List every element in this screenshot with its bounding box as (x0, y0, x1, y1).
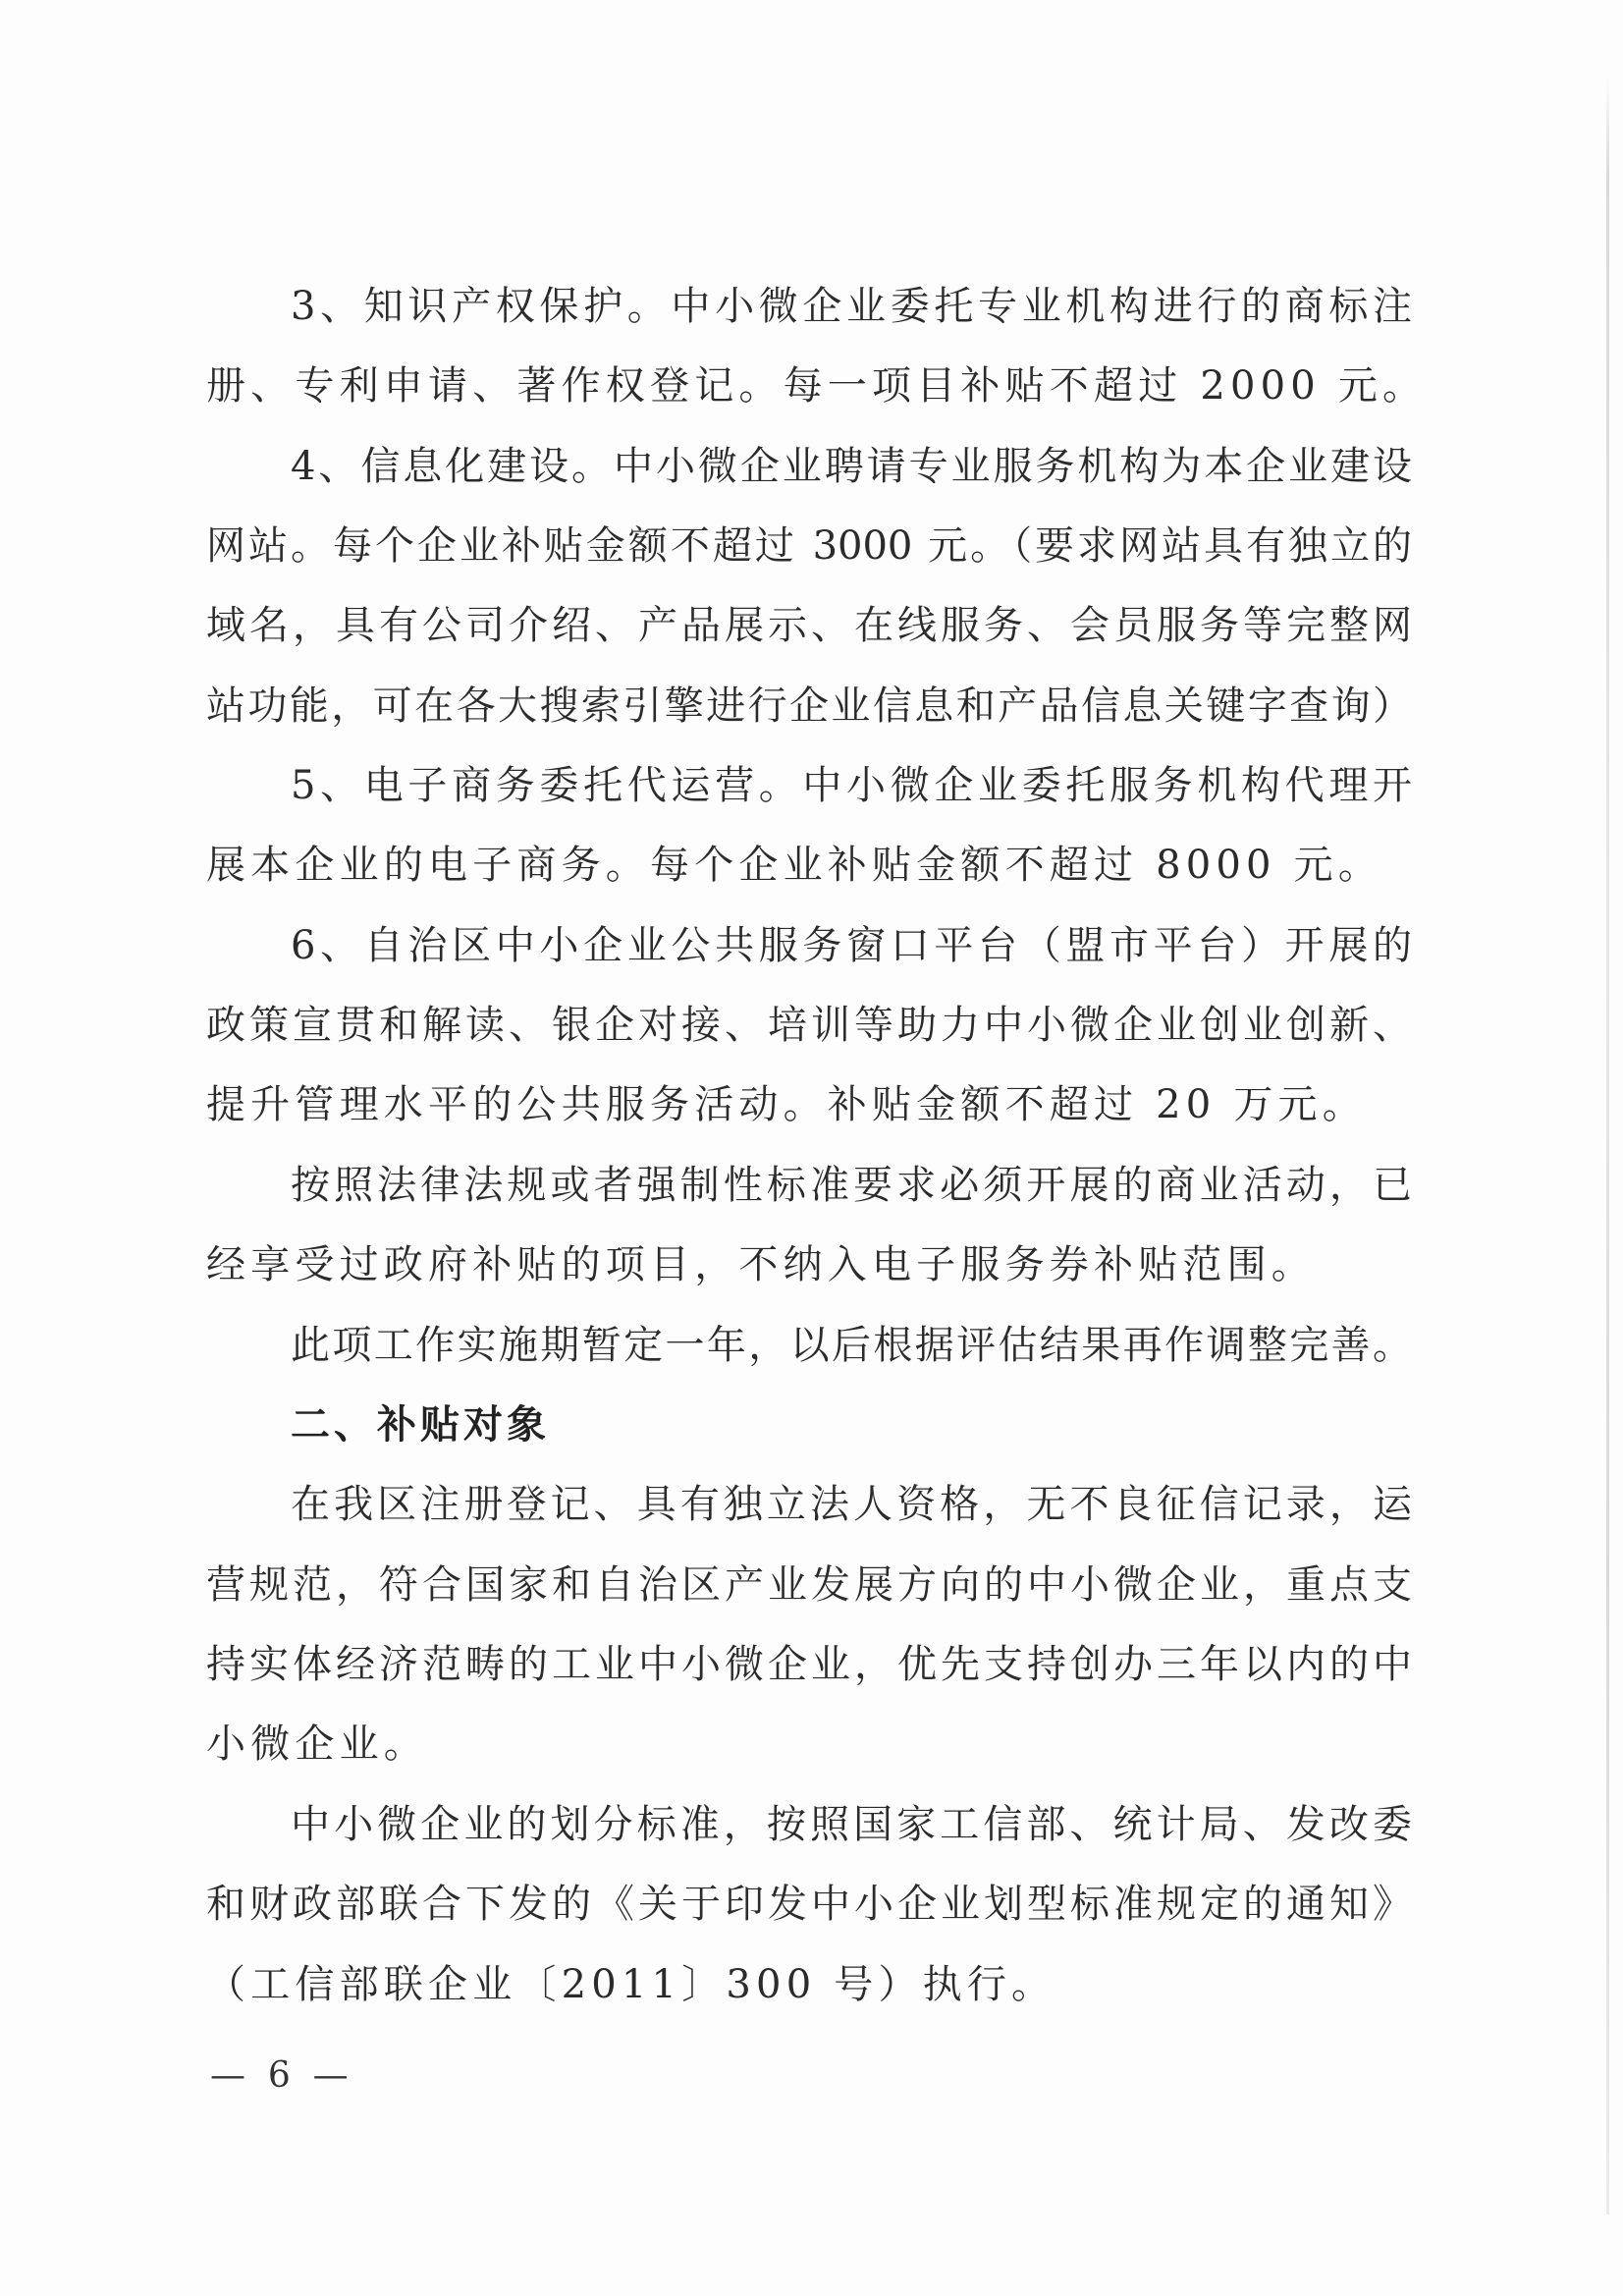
paragraph-item-3-line-2: 册、专利申请、著作权登记。每一项目补贴不超过 2000 元。 (206, 356, 1412, 415)
paragraph-item-4-line-3: 域名，具有公司介绍、产品展示、在线服务、会员服务等完整网 (206, 596, 1412, 655)
page-number: — 6 — (210, 2054, 349, 2098)
paragraph-item-4-line-1: 4、信息化建设。中小微企业聘请专业服务机构为本企业建设 (291, 437, 1412, 496)
paragraph-eligibility-line-1: 在我区注册登记、具有独立法人资格，无不良征信记录，运 (291, 1475, 1412, 1534)
paragraph-classification-line-3: （工信部联企业〔2011〕300 号）执行。 (206, 1955, 1412, 2014)
paragraph-exclusion-line-1: 按照法律法规或者强制性标准要求必须开展的商业活动，已 (291, 1156, 1412, 1215)
paragraph-classification-line-2: 和财政部联合下发的《关于印发中小企业划型标准规定的通知》 (206, 1875, 1412, 1934)
paragraph-item-5-line-2: 展本企业的电子商务。每个企业补贴金额不超过 8000 元。 (206, 836, 1412, 895)
paragraph-eligibility-line-2: 营规范，符合国家和自治区产业发展方向的中小微企业，重点支 (206, 1556, 1412, 1614)
paragraph-item-4-line-2: 网站。每个企业补贴金额不超过 3000 元。（要求网站具有独立的 (206, 517, 1412, 575)
document-page: 3、知识产权保护。中小微企业委托专业机构进行的商标注 册、专利申请、著作权登记。… (0, 0, 1623, 2296)
scan-edge-shadow (1606, 74, 1609, 2214)
paragraph-item-4-line-4: 站功能，可在各大搜索引擎进行企业信息和产品信息关键字查询） (206, 677, 1412, 736)
paragraph-classification-line-1: 中小微企业的划分标准，按照国家工信部、统计局、发改委 (291, 1795, 1412, 1854)
paragraph-item-6-line-3: 提升管理水平的公共服务活动。补贴金额不超过 20 万元。 (206, 1075, 1412, 1134)
paragraph-exclusion-line-2: 经享受过政府补贴的项目，不纳入电子服务券补贴范围。 (206, 1235, 1412, 1294)
paragraph-eligibility-line-4: 小微企业。 (206, 1715, 1412, 1774)
paragraph-period-line-1: 此项工作实施期暂定一年，以后根据评估结果再作调整完善。 (291, 1316, 1412, 1375)
section-heading-subsidy-targets: 二、补贴对象 (291, 1395, 1412, 1454)
paragraph-item-5-line-1: 5、电子商务委托代运营。中小微企业委托服务机构代理开 (291, 756, 1412, 815)
paragraph-item-3-line-1: 3、知识产权保护。中小微企业委托专业机构进行的商标注 (291, 277, 1412, 336)
paragraph-eligibility-line-3: 持实体经济范畴的工业中小微企业，优先支持创办三年以内的中 (206, 1635, 1412, 1694)
paragraph-item-6-line-2: 政策宣贯和解读、银企对接、培训等助力中小微企业创业创新、 (206, 996, 1412, 1055)
paragraph-item-6-line-1: 6、自治区中小企业公共服务窗口平台（盟市平台）开展的 (291, 916, 1412, 975)
